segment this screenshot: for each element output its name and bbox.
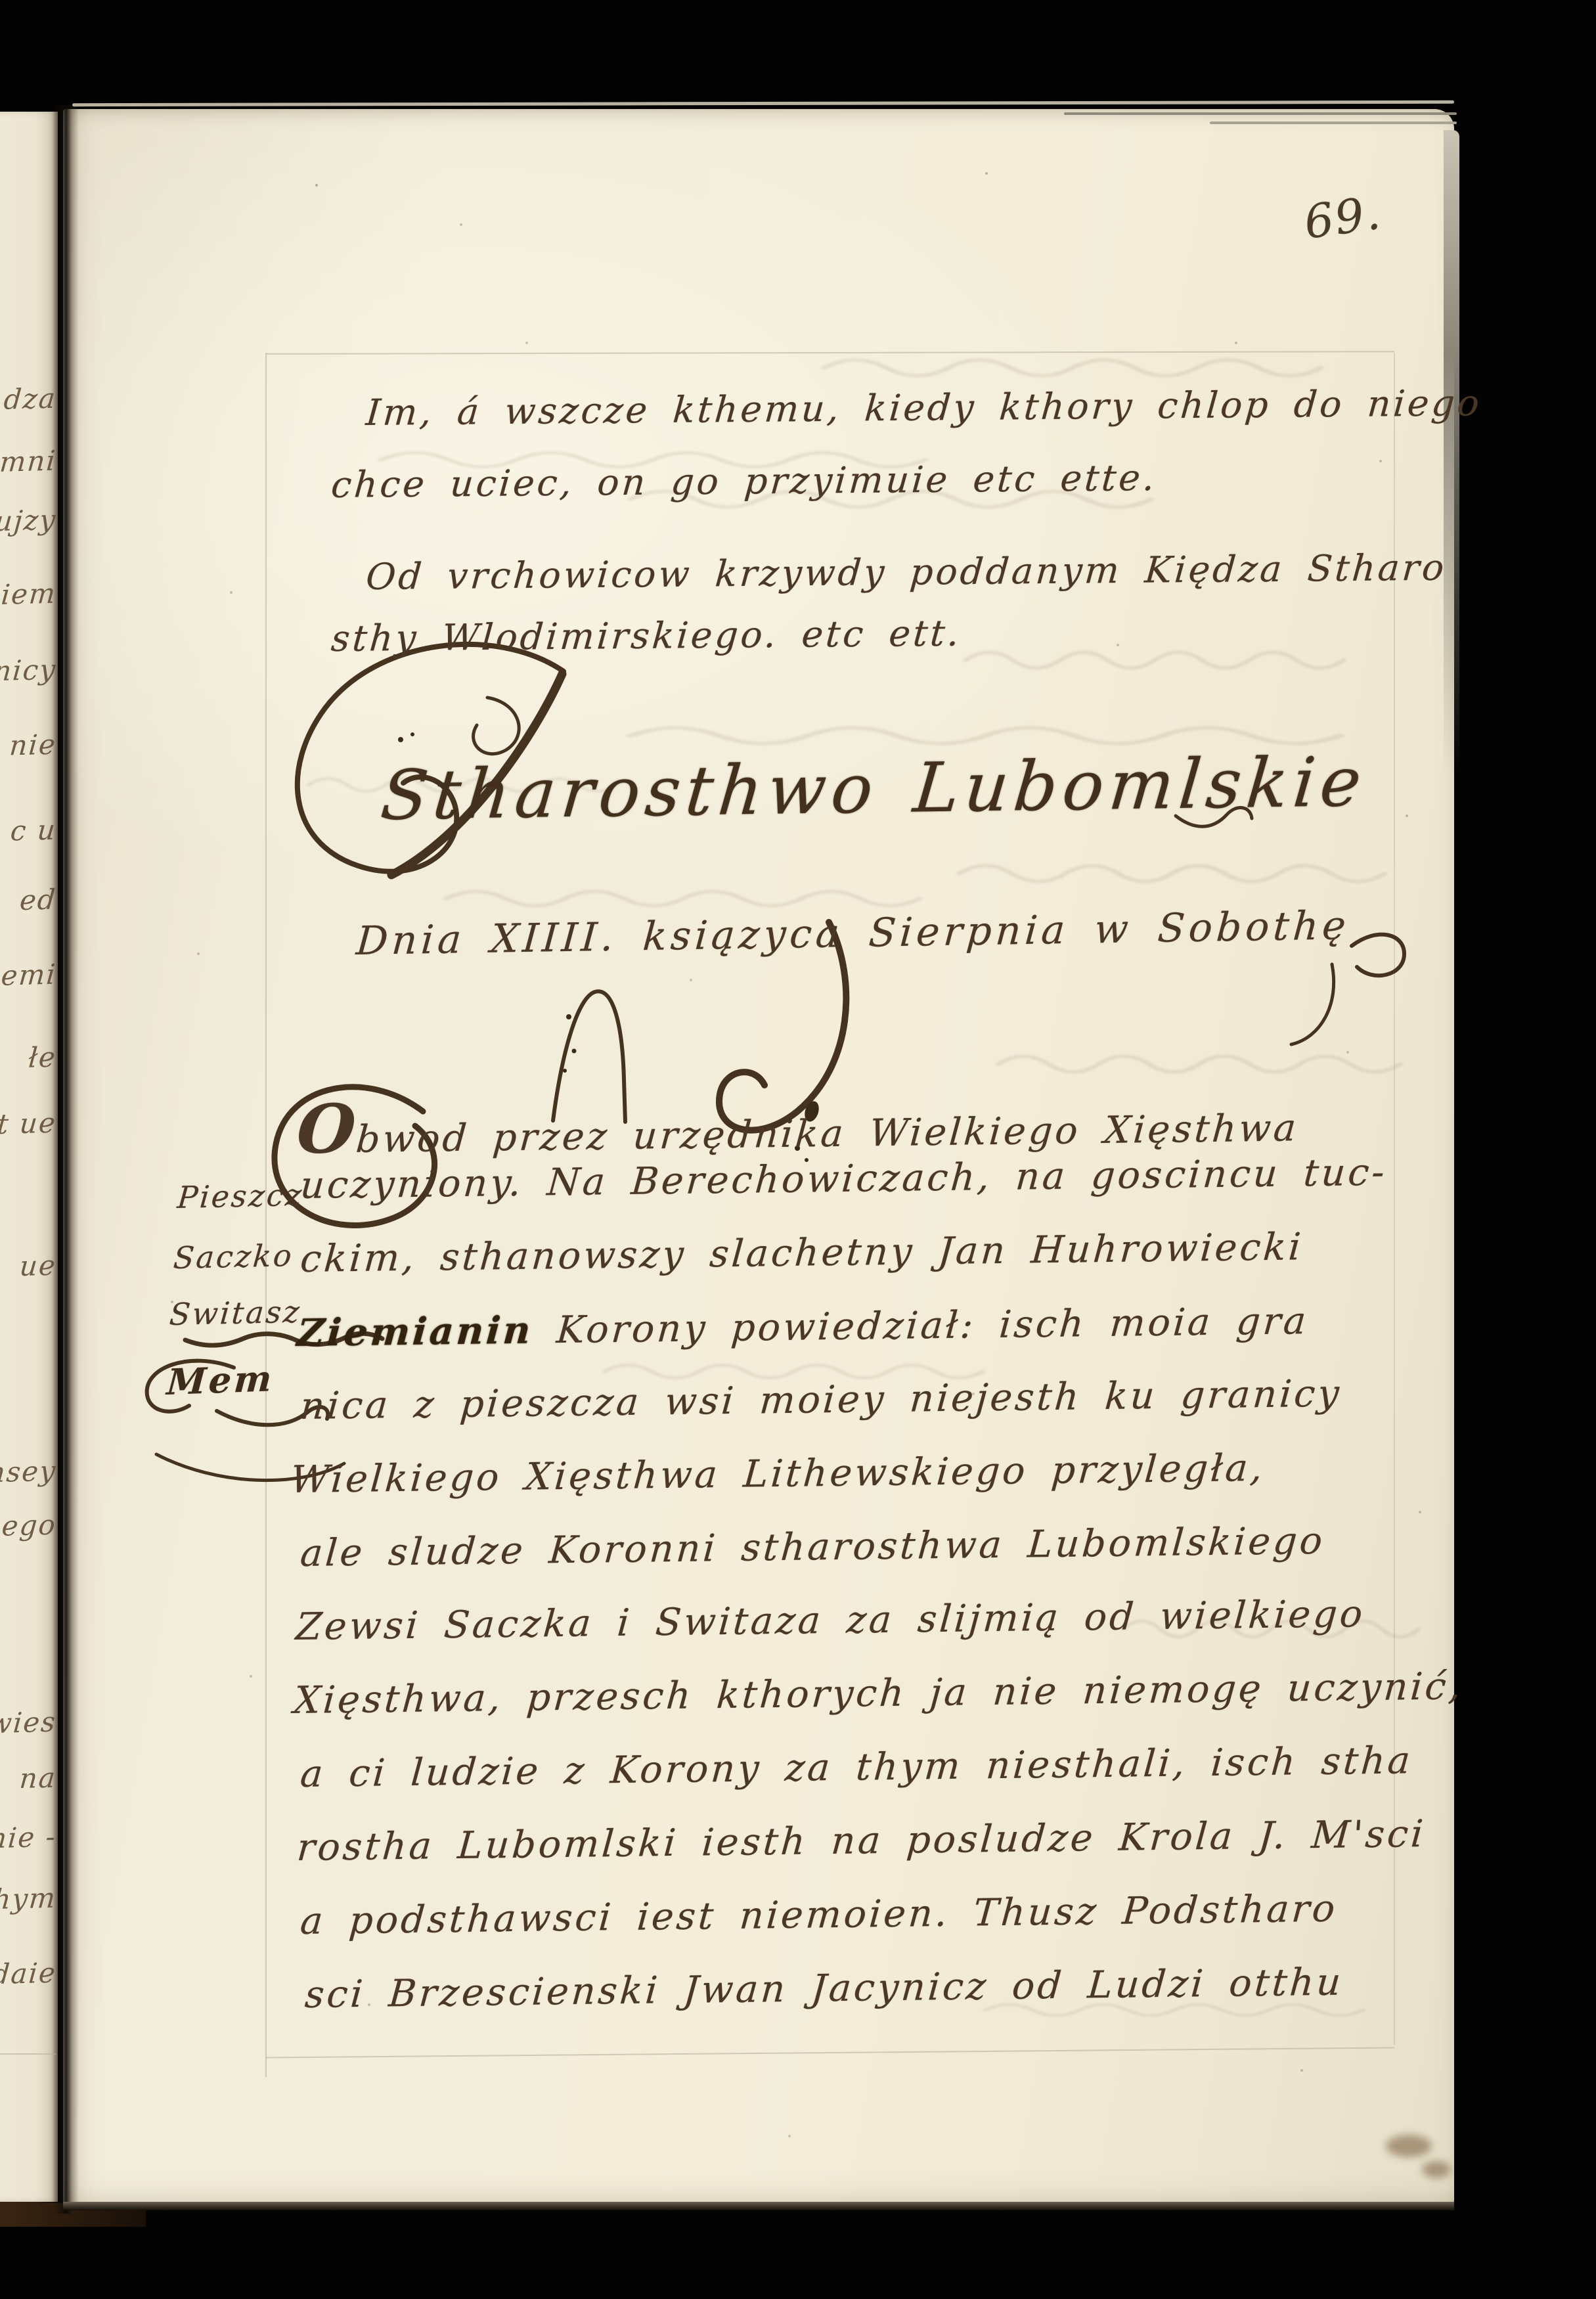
page-number: 69. (1301, 185, 1385, 250)
manuscript-photo: 69. Im, á wszcze kthemu, kiedy kthory ch… (0, 0, 1596, 2299)
facing-page-fragment: thym (0, 1882, 58, 1919)
intro-line: sthy Wlodimirskiego. etc ett. (330, 612, 964, 659)
margin-memo: Mem (166, 1357, 276, 1403)
facing-page-fragment: emi (0, 958, 58, 995)
paper-specks (0, 0, 3, 3)
edge-smudge (1422, 2161, 1451, 2178)
facing-page-fragment: na (0, 1762, 58, 1798)
facing-page-fragment: ed (0, 883, 58, 920)
facing-page-fragment: diem (0, 577, 58, 614)
facing-page-fragment: ue (0, 1249, 58, 1286)
facing-page-fragment: it ue (0, 1107, 58, 1144)
drop-initial: O (294, 1090, 360, 1169)
facing-page-fragment: imni (0, 445, 58, 481)
section-heading: Stharosthwo Lubomlskie (378, 742, 1369, 836)
margin-note-switasz: Switasz (168, 1294, 303, 1332)
date-end-flourish (1352, 935, 1404, 976)
facing-page-fragment: nsey (0, 1455, 58, 1492)
facing-page-fragment: remie - (0, 1821, 58, 1858)
margin-note-pieszcz: Pieszcz (176, 1177, 305, 1215)
facing-page-fragment: c u (0, 814, 58, 851)
facing-page-fragment: nie (0, 728, 58, 765)
facing-page-fragment: łe (0, 1041, 58, 1078)
margin-note-saczko: Saczko (172, 1238, 295, 1276)
emphasized-word: Ziemianin (296, 1308, 535, 1355)
facing-page-fragment: ewry daie (0, 1957, 58, 1994)
facing-page-fragment: iego (0, 1509, 58, 1546)
edge-smudge (1386, 2135, 1432, 2157)
facing-page-fragment: nicy (0, 654, 58, 690)
facing-page-fragment: it wies (0, 1706, 58, 1743)
intro-line: chce uciec, on go przyimuie etc ette. (330, 457, 1159, 506)
facing-page-fragment: dza (0, 382, 58, 419)
facing-page-fragment: łujzy (0, 504, 58, 541)
